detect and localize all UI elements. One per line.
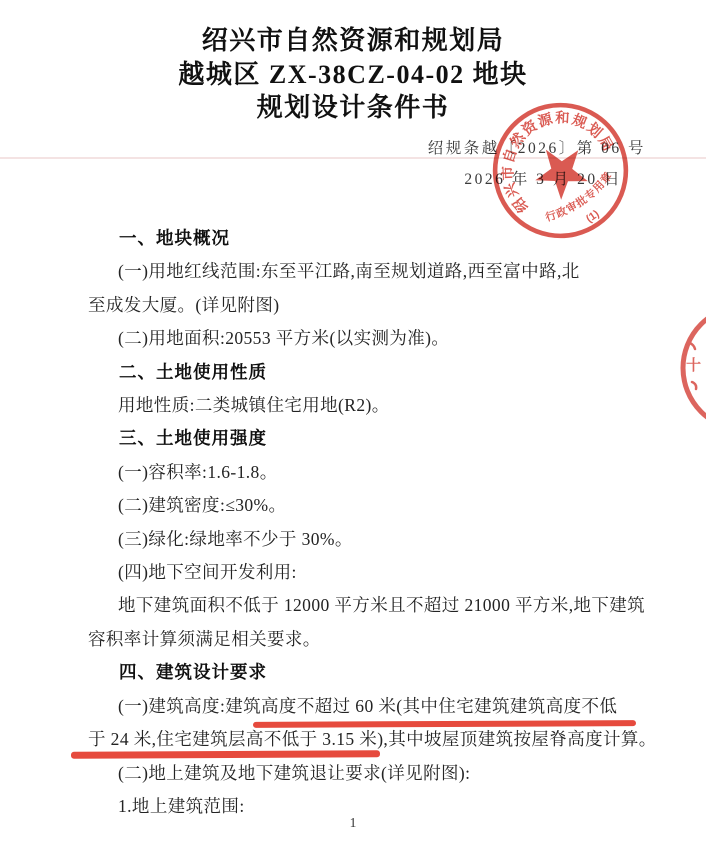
section-heading: 二、土地使用性质 [88, 356, 648, 389]
document-title-line-1: 绍兴市自然资源和规划局 [0, 24, 706, 58]
document-page: 绍兴市自然资源和规划局 越城区 ZX-38CZ-04-02 地块 规划设计条件书… [0, 0, 706, 848]
page-number: 1 [0, 815, 706, 831]
body-line: (一)用地红线范围:东至平江路,南至规划道路,西至富中路,北 [88, 255, 648, 288]
body-line: (二)建筑密度:≤30%。 [88, 489, 648, 522]
document-body: 一、地块概况(一)用地红线范围:东至平江路,南至规划道路,西至富中路,北至成发大… [88, 222, 648, 823]
section-heading: 三、土地使用强度 [88, 422, 648, 455]
official-stamp-icon: 绍兴市自然资源和规划局 行政审批专用章 (1) [489, 99, 632, 242]
body-line: 至成发大厦。(详见附图) [88, 289, 648, 322]
section-heading: 四、建筑设计要求 [88, 656, 648, 689]
body-line: (一)容积率:1.6-1.8。 [88, 456, 648, 489]
body-line: (三)绿化:绿地率不少于 30%。 [88, 523, 648, 556]
red-underline-annotation-2 [71, 750, 380, 759]
body-line: 地下建筑面积不低于 12000 平方米且不超过 21000 平方米,地下建筑 [88, 589, 648, 622]
partial-stamp-icon: 十 [640, 310, 706, 430]
body-line: 容积率计算须满足相关要求。 [88, 623, 648, 656]
body-line: (二)用地面积:20553 平方米(以实测为准)。 [88, 322, 648, 355]
body-line: (二)地上建筑及地下建筑退让要求(详见附图): [88, 757, 648, 790]
body-line: 用地性质:二类城镇住宅用地(R2)。 [88, 389, 648, 422]
partial-stamp-mark: 十 [686, 357, 701, 374]
body-line: (四)地下空间开发利用: [88, 556, 648, 589]
body-line: (一)建筑高度:建筑高度不超过 60 米(其中住宅建筑建筑高度不低 [88, 690, 648, 723]
document-title-line-2: 越城区 ZX-38CZ-04-02 地块 [0, 58, 706, 92]
